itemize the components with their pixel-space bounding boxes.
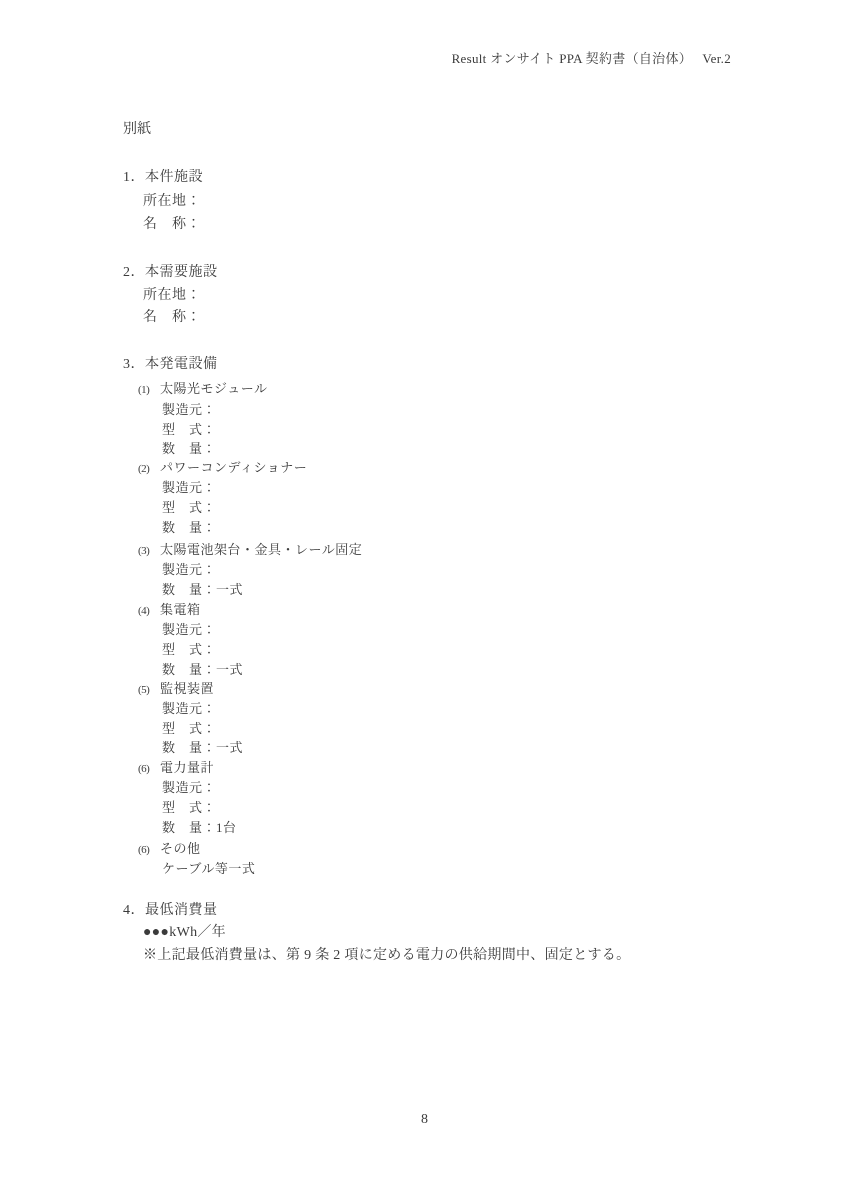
item-field-manufacturer: 製造元： xyxy=(162,622,216,638)
section2-location-field: 所在地： xyxy=(143,287,201,305)
equipment-item-other: (6)その他 xyxy=(138,841,201,858)
section3-heading: 3．本発電設備 xyxy=(123,356,218,374)
attachment-label: 別紙 xyxy=(123,121,151,139)
section2-name-field: 名 称： xyxy=(143,309,201,327)
item-name: 集電箱 xyxy=(160,602,201,617)
item-field-quantity: 数 量：一式 xyxy=(162,740,243,756)
item-number: (1) xyxy=(138,384,160,398)
item-field-quantity: 数 量：一式 xyxy=(162,582,243,598)
item-field-model: 型 式： xyxy=(162,642,216,658)
item-name: パワーコンディショナー xyxy=(160,460,307,475)
item-number: (2) xyxy=(138,463,160,477)
item-number: (6) xyxy=(138,844,160,858)
equipment-item-electricity-meter: (6)電力量計 xyxy=(138,760,214,777)
equipment-item-mounting: (3)太陽電池架台・金具・レール固定 xyxy=(138,542,362,559)
equipment-item-collector-box: (4)集電箱 xyxy=(138,602,201,619)
item-name: その他 xyxy=(160,841,201,856)
document-page: Result オンサイト PPA 契約書（自治体） Ver.2 別紙 1．本件施… xyxy=(0,0,849,1200)
section1-name-field: 名 称： xyxy=(143,216,201,234)
item-field-manufacturer: 製造元： xyxy=(162,480,216,496)
document-header-title: Result オンサイト PPA 契約書（自治体） Ver.2 xyxy=(452,51,731,67)
equipment-item-power-conditioner: (2)パワーコンディショナー xyxy=(138,460,307,477)
item-field-model: 型 式： xyxy=(162,800,216,816)
item-name: 太陽光モジュール xyxy=(160,381,267,396)
item-field-manufacturer: 製造元： xyxy=(162,402,216,418)
item-field-quantity: 数 量： xyxy=(162,520,216,536)
item-field-manufacturer: 製造元： xyxy=(162,701,216,717)
equipment-item-solar-module: (1)太陽光モジュール xyxy=(138,381,267,398)
section4-heading: 4．最低消費量 xyxy=(123,902,218,920)
equipment-item-monitoring-device: (5)監視装置 xyxy=(138,681,214,698)
item-name: 電力量計 xyxy=(160,760,214,775)
item-field-model: 型 式： xyxy=(162,422,216,438)
section2-heading: 2．本需要施設 xyxy=(123,264,218,282)
item-field-model: 型 式： xyxy=(162,721,216,737)
item-number: (6) xyxy=(138,763,160,777)
minimum-consumption-note: ※上記最低消費量は、第 9 条 2 項に定める電力の供給期間中、固定とする。 xyxy=(143,947,630,965)
item-name: 監視装置 xyxy=(160,681,214,696)
item-field-quantity: 数 量：一式 xyxy=(162,662,243,678)
item-field-manufacturer: 製造元： xyxy=(162,780,216,796)
item-field-model: 型 式： xyxy=(162,500,216,516)
minimum-consumption-amount: ●●●kWh／年 xyxy=(143,924,226,942)
item-field-manufacturer: 製造元： xyxy=(162,562,216,578)
item-number: (4) xyxy=(138,605,160,619)
item-number: (5) xyxy=(138,684,160,698)
item-field-cables: ケーブル等一式 xyxy=(162,861,255,877)
item-number: (3) xyxy=(138,545,160,559)
section1-location-field: 所在地： xyxy=(143,193,201,211)
section1-heading: 1．本件施設 xyxy=(123,169,203,187)
page-number: 8 xyxy=(0,1112,849,1128)
item-field-quantity: 数 量：1台 xyxy=(162,820,237,836)
item-field-quantity: 数 量： xyxy=(162,441,216,457)
item-name: 太陽電池架台・金具・レール固定 xyxy=(160,542,362,557)
